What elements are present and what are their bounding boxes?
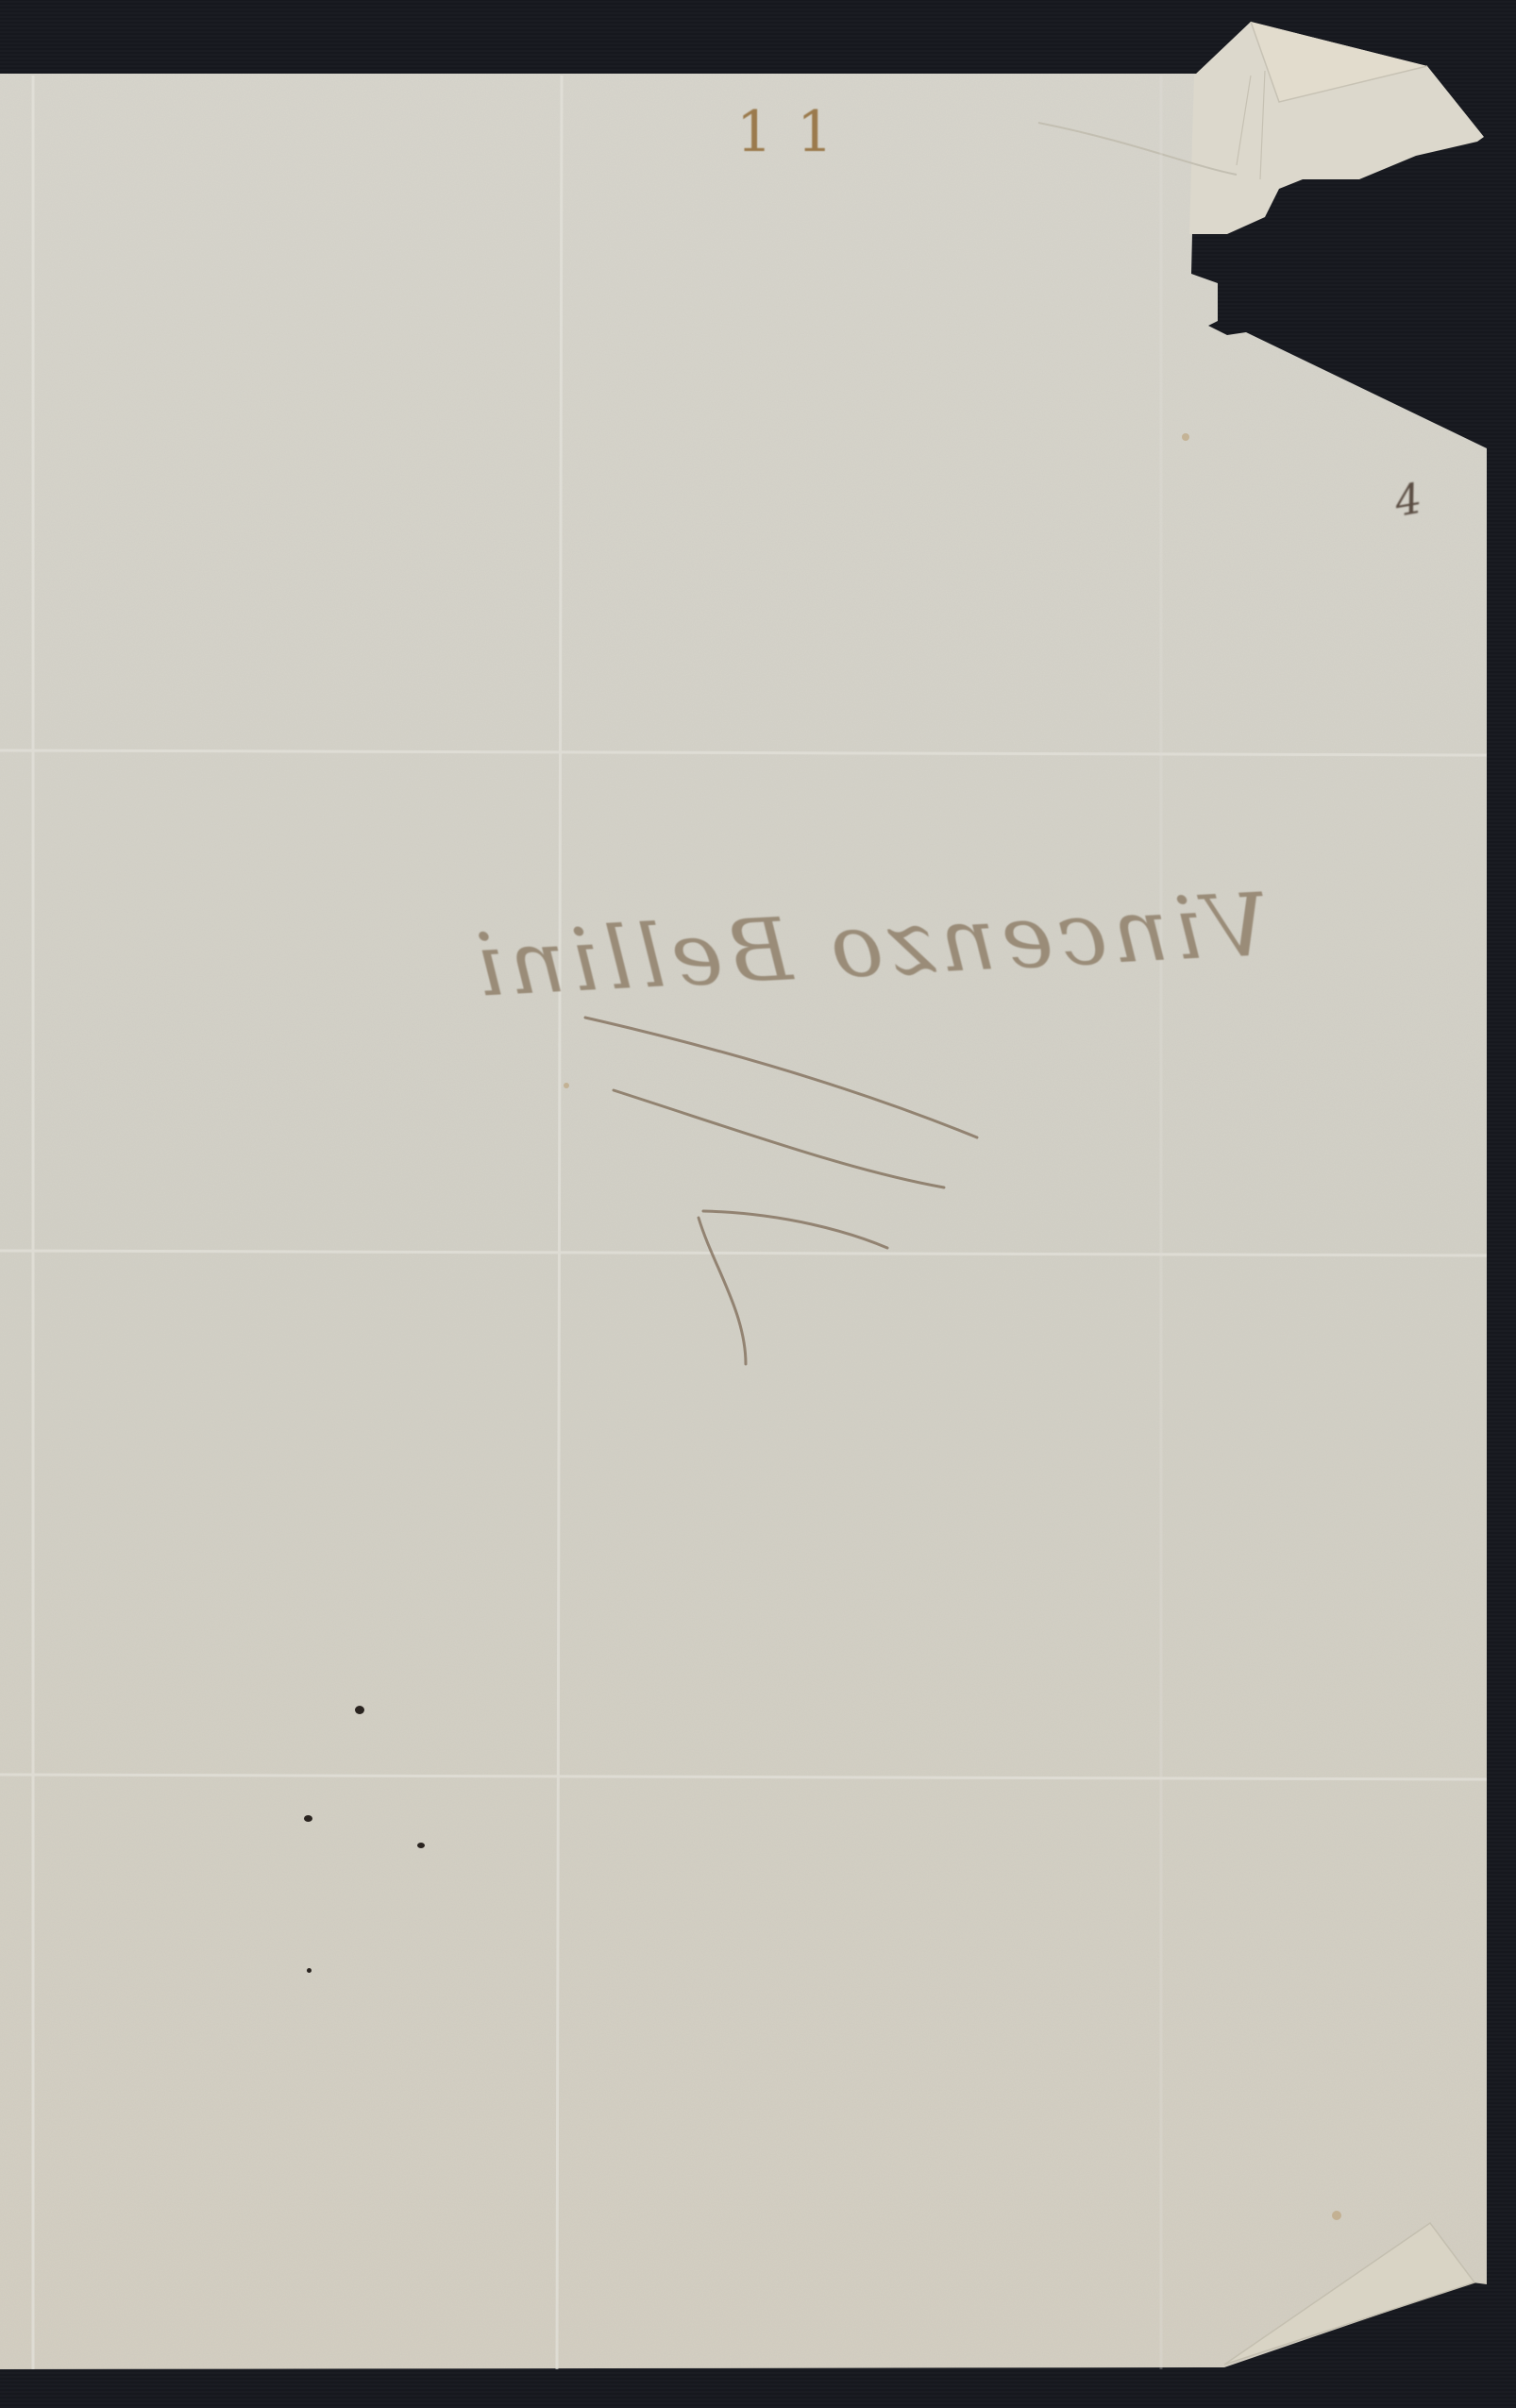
- paper-sheet: [0, 0, 1516, 2408]
- ink-dot: [417, 1843, 425, 1848]
- ink-dot: [355, 1706, 364, 1714]
- ink-dot: [307, 1968, 312, 1973]
- ink-dot: [304, 1815, 312, 1822]
- top-ink-marks: 11: [736, 99, 857, 165]
